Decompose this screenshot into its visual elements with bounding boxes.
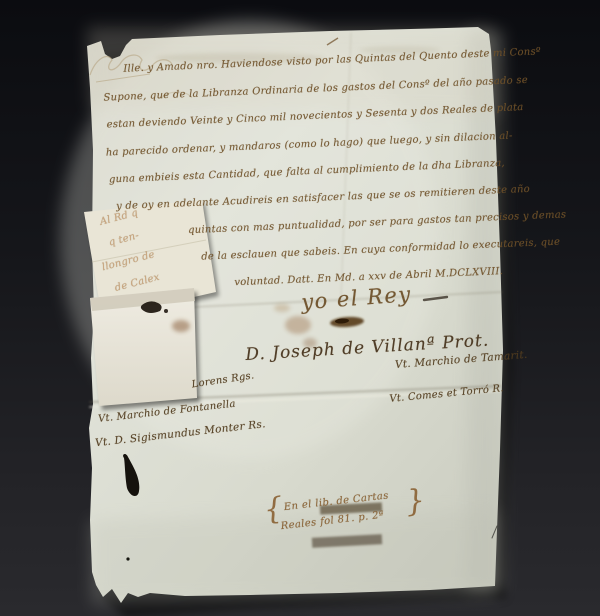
manuscript-photo [0,0,600,616]
slip-rust-stain [172,320,190,332]
photo-stage: Ille. y Amado nro. Haviendose visto por … [0,0,600,616]
